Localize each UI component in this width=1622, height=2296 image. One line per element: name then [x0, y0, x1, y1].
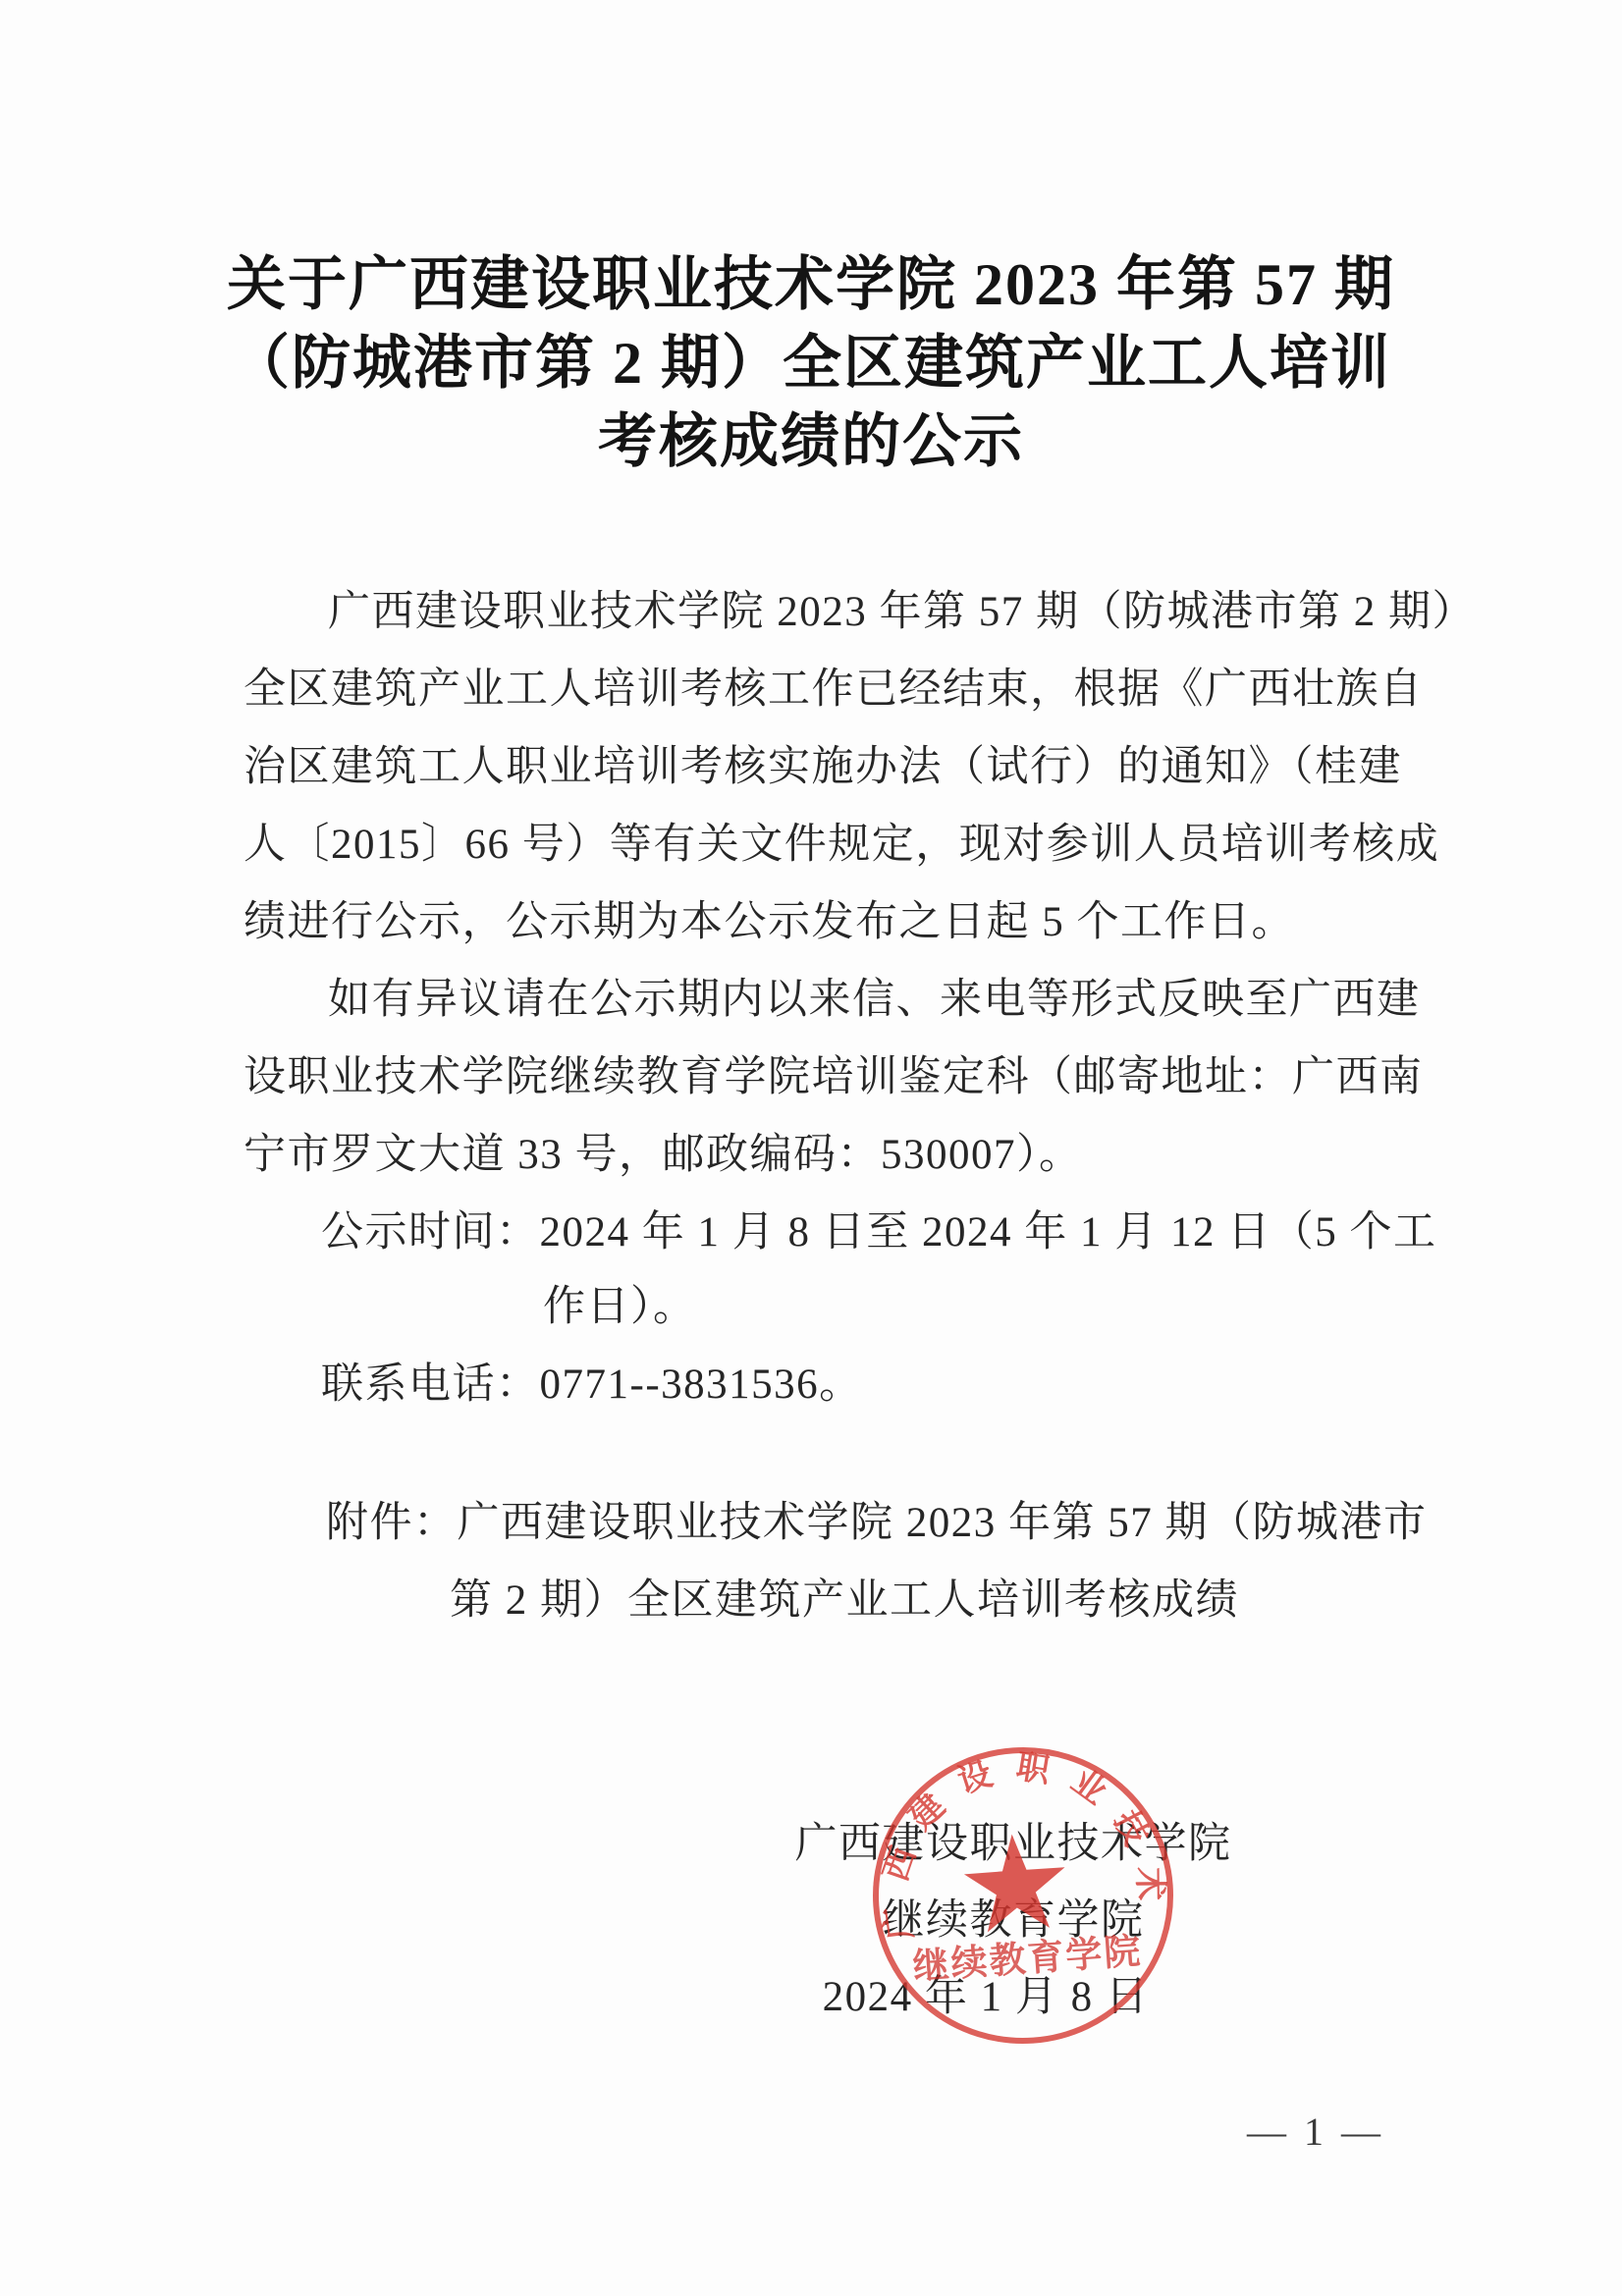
- body-line: 宁市罗文大道 33 号，邮政编码：530007）。: [243, 1132, 1083, 1179]
- body-line attachment-line: 附件：广西建设职业技术学院 2023 年第 57 期（防城港市: [326, 1500, 1428, 1547]
- body-line: 联系电话：0771--3831536。: [321, 1362, 863, 1409]
- body-line: 全区建筑产业工人培训考核工作已经结束，根据《广西壮族自: [243, 667, 1424, 714]
- document-title: 关于广西建设职业技术学院 2023 年第 57 期 （防城港市第 2 期）全区建…: [0, 245, 1622, 481]
- body-line: 人〔2015〕66 号）等有关文件规定，现对参训人员培训考核成: [243, 822, 1439, 869]
- body-line: 治区建筑工人职业培训考核实施办法（试行）的通知》（桂建: [243, 744, 1402, 791]
- title-line-2: （防城港市第 2 期）全区建筑产业工人培训: [0, 324, 1622, 402]
- body-line: 广西建设职业技术学院 2023 年第 57 期（防城港市第 2 期）: [328, 589, 1476, 636]
- body-line: 公示时间：2024 年 1 月 8 日至 2024 年 1 月 12 日（5 个…: [321, 1209, 1437, 1256]
- body-line: 作日）。: [543, 1284, 697, 1331]
- title-line-3: 考核成绩的公示: [0, 402, 1622, 481]
- page-number: — 1 —: [1149, 2110, 1384, 2154]
- body-line attachment-line: 第 2 期）全区建筑产业工人培训考核成绩: [450, 1577, 1239, 1625]
- title-line-1: 关于广西建设职业技术学院 2023 年第 57 期: [0, 245, 1622, 324]
- body-line: 设职业技术学院继续教育学院培训鉴定科（邮寄地址：广西南: [243, 1054, 1424, 1101]
- signature-org-line-1: 广西建设职业技术学院: [768, 1806, 1259, 1883]
- signature-date: 2024 年 1 月 8 日: [740, 1959, 1231, 2036]
- signature-org-line-2: 继续教育学院: [768, 1883, 1259, 1959]
- body-line: 绩进行公示，公示期为本公示发布之日起 5 个工作日。: [243, 899, 1295, 946]
- document-page: 关于广西建设职业技术学院 2023 年第 57 期 （防城港市第 2 期）全区建…: [0, 0, 1622, 2296]
- body-line: 如有异议请在公示期内以来信、来电等形式反映至广西建: [328, 977, 1421, 1024]
- signature-block: 广西建设职业技术学院 继续教育学院 2024 年 1 月 8 日: [768, 1806, 1259, 2036]
